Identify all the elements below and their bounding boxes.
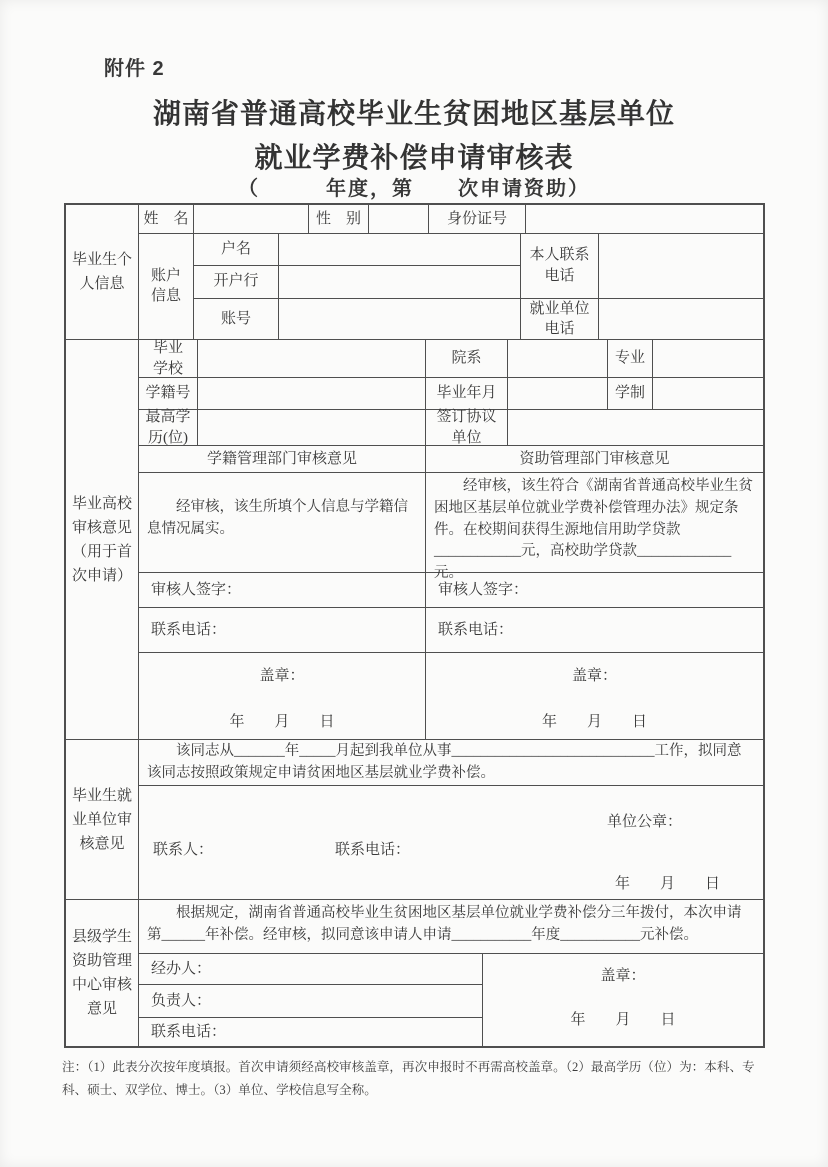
- aid-dept-opinion-header: 资助管理部门审核意见: [426, 446, 763, 472]
- registry-reviewer-signature-label: 审核人签字：: [139, 573, 426, 607]
- schooling-years-value-cell: [653, 378, 763, 409]
- county-phone-label: 联系电话：: [139, 1018, 482, 1046]
- form-title-line1: 湖南省普通高校毕业生贫困地区基层单位: [0, 92, 828, 132]
- aid-date-line: 年 月 日: [542, 712, 647, 732]
- section-county-review-label: 县级学生 资助管理 中心审核 意见: [66, 900, 139, 1046]
- name-value-cell: [194, 205, 309, 233]
- employer-phone-value-cell: [599, 299, 763, 340]
- form-title-line2: 就业学费补偿申请审核表: [0, 136, 828, 176]
- aid-contact-phone-label: 联系电话：: [426, 608, 763, 652]
- aid-seal-label: 盖章：: [572, 666, 617, 686]
- account-info-label: 账户 信息: [139, 234, 194, 340]
- section-employer-review-label: 毕业生就 业单位审 核意见: [66, 740, 139, 899]
- county-statement-text: 根据规定，湖南省普通高校毕业生贫困地区基层单位就业学费补偿分三年拨付，本次申请第…: [139, 900, 763, 947]
- highest-degree-value-cell: [198, 410, 426, 445]
- account-holder-label: 户名: [194, 234, 279, 265]
- id-number-label: 身份证号: [429, 205, 526, 233]
- section-college-review: 毕业高校 审核意见 （用于首 次申请） 毕业 学校 院系 专业 学籍号 毕业年月…: [66, 340, 763, 740]
- employer-phone-label: 就业单位 电话: [521, 299, 599, 340]
- gender-label: 性 别: [309, 205, 369, 233]
- employer-contact-label: 联系人：: [153, 840, 213, 860]
- personal-phone-value-cell: [599, 234, 763, 298]
- aid-reviewer-signature-label: 审核人签字：: [426, 573, 763, 607]
- highest-degree-label: 最高学 历(位): [139, 410, 198, 445]
- account-number-value-cell: [279, 299, 520, 340]
- schooling-years-label: 学制: [608, 378, 653, 409]
- graduate-school-value-cell: [198, 340, 426, 377]
- agreement-unit-value-cell: [508, 410, 763, 445]
- section-college-review-label: 毕业高校 审核意见 （用于首 次申请）: [66, 340, 139, 739]
- section-employer-review: 毕业生就 业单位审 核意见 该同志从_______年_____月起到我单位从事_…: [66, 740, 763, 900]
- gender-value-cell: [369, 205, 429, 233]
- graduation-date-value-cell: [508, 378, 608, 409]
- account-number-label: 账号: [194, 299, 279, 340]
- county-seal-block: 盖章： 年 月 日: [483, 954, 763, 1046]
- section-personal-info-label: 毕业生个 人信息: [66, 205, 139, 339]
- aid-dept-opinion-text: 经审核，该生符合《湖南省普通高校毕业生贫困地区基层单位就业学费补偿管理办法》规定…: [426, 473, 763, 585]
- department-label: 院系: [426, 340, 508, 377]
- aid-seal-block: 盖章： 年 月 日: [426, 653, 763, 739]
- registry-date-line: 年 月 日: [229, 712, 334, 732]
- section-county-review: 县级学生 资助管理 中心审核 意见 根据规定，湖南省普通高校毕业生贫困地区基层单…: [66, 900, 763, 1046]
- bank-label: 开户行: [194, 266, 279, 298]
- name-label: 姓 名: [139, 205, 194, 233]
- attachment-label: 附件 2: [104, 52, 165, 81]
- county-operator-label: 经办人：: [139, 954, 482, 985]
- bank-value-cell: [279, 266, 520, 298]
- registry-dept-opinion-text: 经审核，该生所填个人信息与学籍信息情况属实。: [139, 473, 425, 541]
- student-number-value-cell: [198, 378, 426, 409]
- graduation-date-label: 毕业年月: [426, 378, 508, 409]
- account-holder-value-cell: [279, 234, 520, 265]
- employer-contact-phone-label: 联系电话：: [335, 840, 410, 860]
- registry-contact-phone-label: 联系电话：: [139, 608, 426, 652]
- major-value-cell: [653, 340, 763, 377]
- county-date-line: 年 月 日: [570, 1010, 675, 1030]
- county-manager-label: 负责人：: [139, 985, 482, 1018]
- application-review-form-table: 毕业生个 人信息 姓 名 性 别 身份证号 账户 信息 户名: [64, 203, 765, 1048]
- section-personal-info: 毕业生个 人信息 姓 名 性 别 身份证号 账户 信息 户名: [66, 205, 763, 340]
- registry-seal-label: 盖章：: [259, 666, 304, 686]
- major-label: 专业: [608, 340, 653, 377]
- department-value-cell: [508, 340, 608, 377]
- scanned-form-page: 附件 2 湖南省普通高校毕业生贫困地区基层单位 就业学费补偿申请审核表 （ 年度…: [0, 0, 828, 1167]
- id-number-value-cell: [526, 205, 763, 233]
- graduate-school-label: 毕业 学校: [139, 340, 198, 377]
- student-number-label: 学籍号: [139, 378, 198, 409]
- personal-phone-label: 本人联系 电话: [521, 234, 599, 298]
- footnote-text: 注：（1）此表分次按年度填报。首次申请须经高校审核盖章，再次申报时不再需高校盖章…: [62, 1056, 774, 1101]
- employer-signoff-area: 联系人： 联系电话： 单位公章： 年 月 日: [139, 786, 763, 899]
- registry-dept-opinion-header: 学籍管理部门审核意见: [139, 446, 426, 472]
- agreement-unit-label: 签订协议 单位: [426, 410, 508, 445]
- registry-seal-block: 盖章： 年 月 日: [139, 653, 426, 739]
- employer-date-line: 年 月 日: [615, 874, 720, 894]
- employer-seal-label: 单位公章：: [607, 812, 682, 832]
- county-seal-label: 盖章：: [600, 966, 645, 986]
- form-subtitle: （ 年度，第 次申请资助）: [0, 172, 828, 201]
- employer-statement-text: 该同志从_______年_____月起到我单位从事_______________…: [139, 740, 763, 785]
